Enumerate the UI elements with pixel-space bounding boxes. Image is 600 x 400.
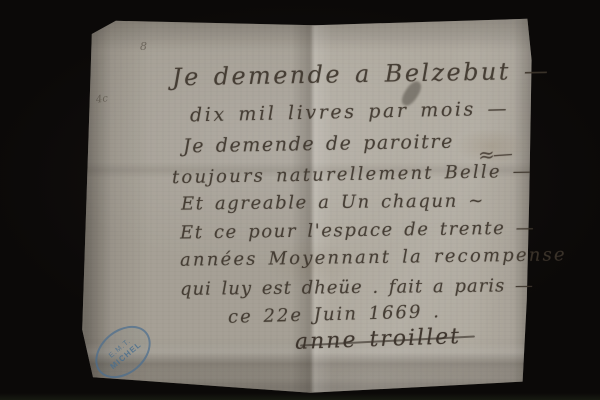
- pencil-mark-left: 4c: [95, 93, 108, 106]
- handwriting-line-5: Et agreable a Un chaqun ~: [181, 190, 485, 214]
- photo-bottom-edge: [0, 393, 600, 400]
- pencil-mark-top: 8: [140, 40, 147, 53]
- handwriting-line-3: Je demende de paroitre: [183, 131, 454, 158]
- handwriting-line-8: qui luy est dheüe . fait a paris —: [180, 275, 534, 300]
- photo-of-manuscript: Je demende a Belzebut — dix mil livres p…: [0, 0, 600, 400]
